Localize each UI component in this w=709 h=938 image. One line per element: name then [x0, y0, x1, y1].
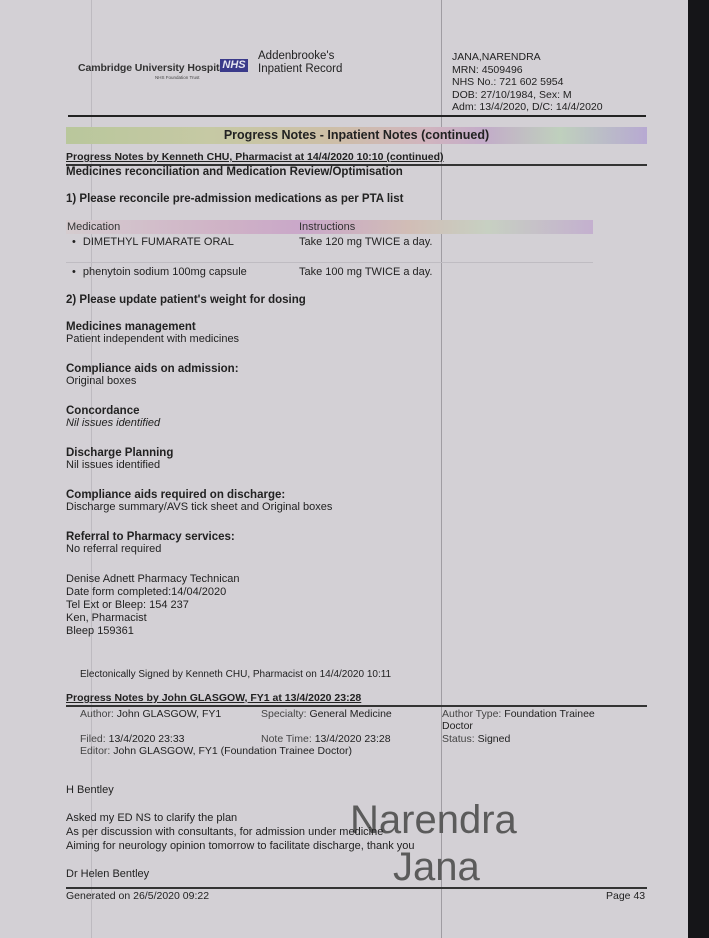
medication-row: • DIMETHYL FUMARATE ORAL — [72, 236, 234, 249]
note2-note-time: Note Time: 13/4/2020 23:28 — [261, 733, 391, 745]
section-title: Concordance — [66, 405, 160, 417]
organisation-logo-text: Cambridge University Hospitals — [78, 62, 234, 74]
patient-dob-sex: DOB: 27/10/1984, Sex: M — [452, 89, 603, 102]
note1-section: Discharge Planning Nil issues identified — [66, 447, 173, 472]
note2-status: Status: Signed — [442, 733, 510, 745]
contact-line: Ken, Pharmacist — [66, 612, 239, 625]
column-instructions: Instructions — [299, 220, 355, 234]
section-title-banner: Progress Notes - Inpatient Notes (contin… — [66, 127, 647, 144]
scanner-edge — [688, 0, 709, 938]
note2-filed: Filed: 13/4/2020 23:33 — [80, 733, 185, 745]
bullet-icon: • — [72, 266, 76, 278]
note1-subtitle: Medicines reconciliation and Medication … — [66, 166, 403, 178]
patient-mrn: MRN: 4509496 — [452, 64, 603, 77]
contact-line: Tel Ext or Bleep: 154 237 — [66, 599, 239, 612]
footer-divider — [66, 887, 647, 889]
record-title: Addenbrooke's Inpatient Record — [258, 50, 342, 76]
medication-instructions: Take 120 mg TWICE a day. — [299, 236, 432, 249]
note2-author-type: Author Type: Foundation Trainee Doctor — [442, 708, 595, 732]
note1-item2: 2) Please update patient's weight for do… — [66, 294, 306, 306]
note1-section: Concordance Nil issues identified — [66, 405, 160, 430]
section-title: Medicines management — [66, 321, 239, 333]
medication-instructions: Take 100 mg TWICE a day. — [299, 266, 432, 279]
note2-signoff: Dr Helen Bentley — [66, 868, 149, 881]
note2-divider — [66, 705, 647, 707]
medication-row: • phenytoin sodium 100mg capsule — [72, 266, 247, 279]
bullet-icon: • — [72, 236, 76, 248]
section-body: Discharge summary/AVS tick sheet and Ori… — [66, 501, 332, 514]
contact-line: Date form completed:14/04/2020 — [66, 586, 239, 599]
note1-item1: 1) Please reconcile pre-admission medica… — [66, 193, 403, 205]
contact-line: Denise Adnett Pharmacy Technican — [66, 573, 239, 586]
section-body: No referral required — [66, 543, 235, 556]
medication-row-divider — [66, 262, 593, 263]
section-body: Patient independent with medicines — [66, 333, 239, 346]
patient-name-stamp-line2: Jana — [393, 847, 480, 887]
medication-name: phenytoin sodium 100mg capsule — [83, 266, 247, 278]
note2-heading: Progress Notes by John GLASGOW, FY1 at 1… — [66, 692, 361, 704]
section-title: Compliance aids required on discharge: — [66, 489, 332, 501]
note1-section: Referral to Pharmacy services: No referr… — [66, 531, 235, 556]
patient-details: JANA,NARENDRA MRN: 4509496 NHS No.: 721 … — [452, 51, 603, 114]
section-body: Nil issues identified — [66, 459, 173, 472]
contact-block: Denise Adnett Pharmacy Technican Date fo… — [66, 573, 239, 638]
note1-section: Compliance aids on admission: Original b… — [66, 363, 239, 388]
patient-name: JANA,NARENDRA — [452, 51, 603, 64]
electronic-signature: Electonically Signed by Kenneth CHU, Pha… — [80, 669, 391, 680]
section-body: Nil issues identified — [66, 417, 160, 430]
note1-section: Medicines management Patient independent… — [66, 321, 239, 346]
record-title-line1: Addenbrooke's — [258, 50, 342, 63]
note1-section: Compliance aids required on discharge: D… — [66, 489, 332, 514]
nhs-logo-icon: NHS — [220, 59, 248, 72]
patient-nhs-number: NHS No.: 721 602 5954 — [452, 76, 603, 89]
column-medication: Medication — [67, 220, 120, 234]
note2-body-line: H Bentley — [66, 784, 114, 797]
note2-specialty: Specialty: General Medicine — [261, 708, 392, 720]
contact-line: Bleep 159361 — [66, 625, 239, 638]
note1-heading: Progress Notes by Kenneth CHU, Pharmacis… — [66, 151, 444, 163]
note2-body-line: As per discussion with consultants, for … — [66, 826, 383, 839]
trust-subtitle: NHS Foundation Trust — [155, 75, 200, 80]
note2-body-line: Asked my ED NS to clarify the plan — [66, 812, 237, 825]
section-title: Referral to Pharmacy services: — [66, 531, 235, 543]
medication-name: DIMETHYL FUMARATE ORAL — [83, 236, 234, 248]
section-title: Discharge Planning — [66, 447, 173, 459]
note2-author: Author: John GLASGOW, FY1 — [80, 708, 221, 720]
note2-body-line: Aiming for neurology opinion tomorrow to… — [66, 840, 415, 853]
patient-admission-dates: Adm: 13/4/2020, D/C: 14/4/2020 — [452, 101, 603, 114]
section-title: Compliance aids on admission: — [66, 363, 239, 375]
record-title-line2: Inpatient Record — [258, 63, 342, 76]
document-page: Cambridge University Hospitals NHS NHS F… — [0, 0, 688, 938]
medication-table-header: Medication Instructions — [66, 220, 593, 234]
generated-timestamp: Generated on 26/5/2020 09:22 — [66, 890, 209, 902]
header-divider — [68, 115, 646, 117]
page-number: Page 43 — [606, 890, 645, 902]
section-body: Original boxes — [66, 375, 239, 388]
note2-editor: Editor: John GLASGOW, FY1 (Foundation Tr… — [80, 745, 352, 757]
